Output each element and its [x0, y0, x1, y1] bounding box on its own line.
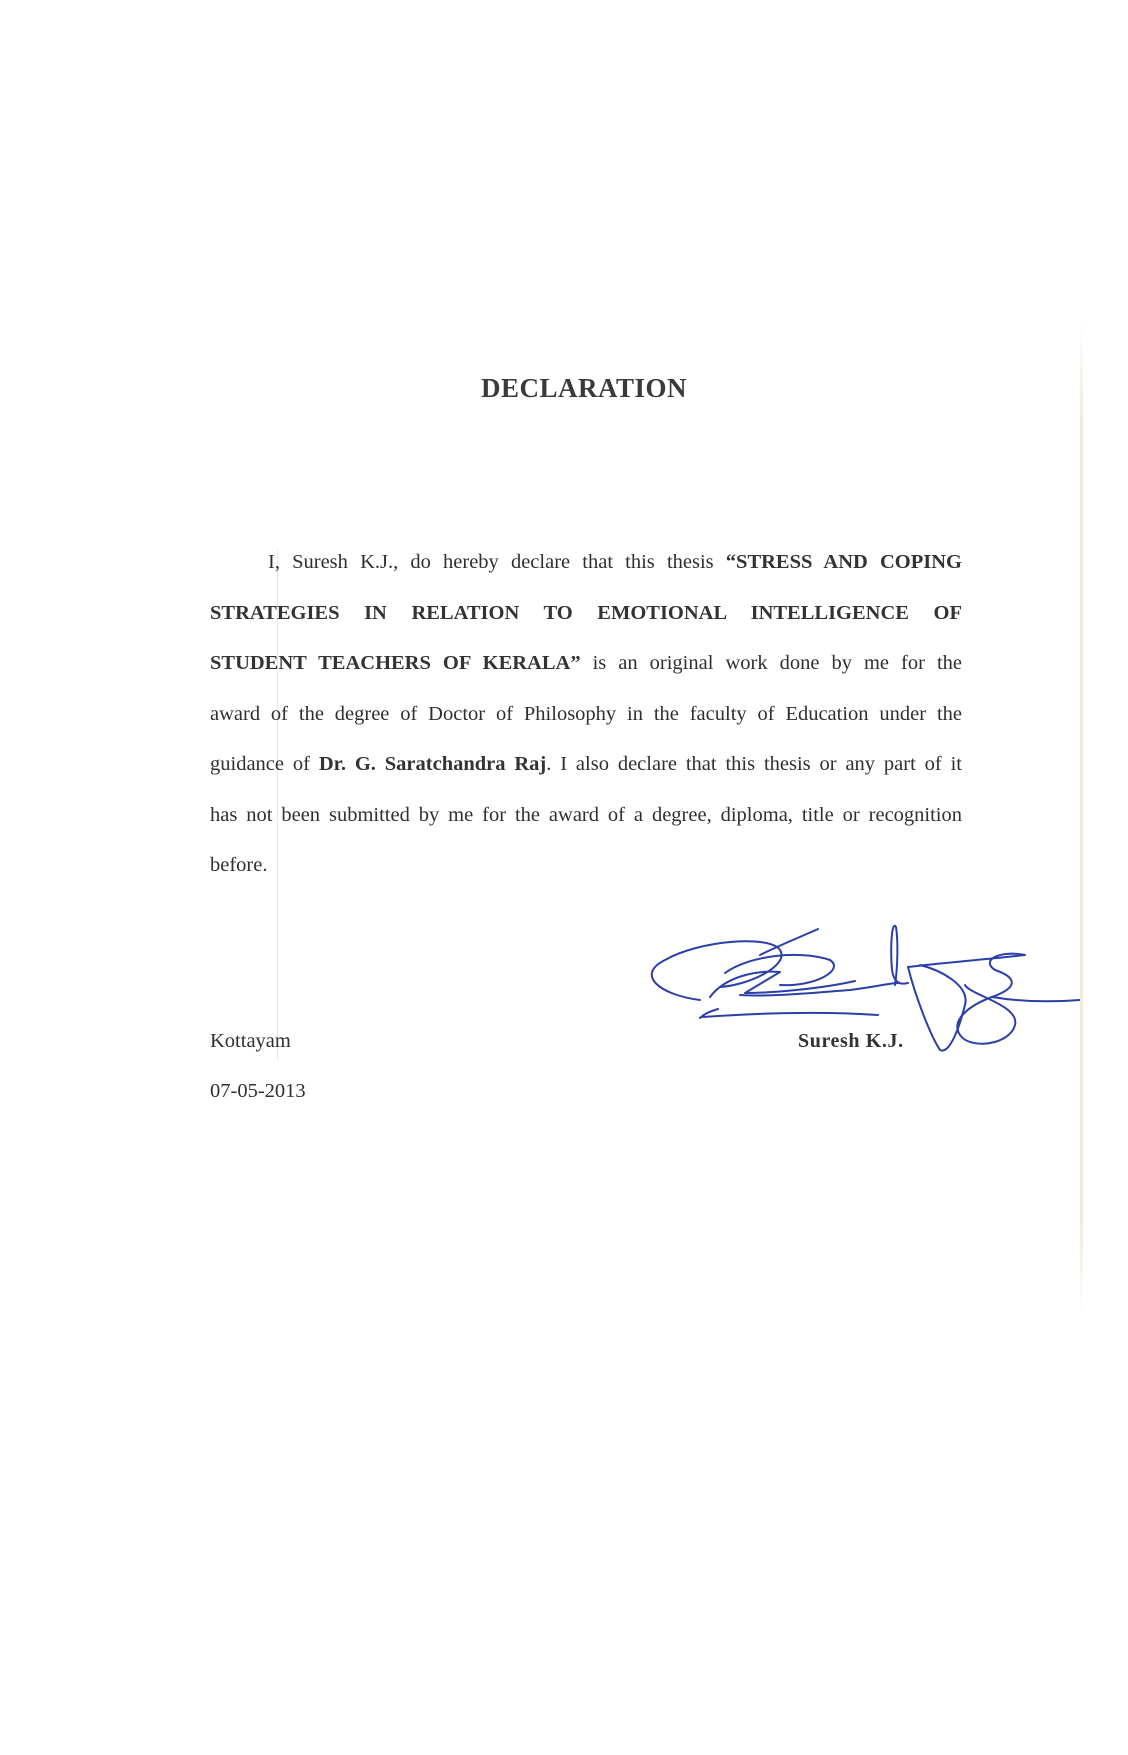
paragraph-line: has not been submitted by me for the awa… — [210, 790, 962, 841]
scan-edge-artifact — [1080, 320, 1083, 1320]
text: is an original work done by me for the — [581, 652, 962, 674]
bold-text: Dr. G. Saratchandra Raj — [319, 753, 546, 775]
paragraph-line: STRATEGIES IN RELATION TO EMOTIONAL INTE… — [210, 588, 962, 639]
bold-text: “STRESS AND COPING — [726, 551, 962, 573]
paragraph-line: I, Suresh K.J., do hereby declare that t… — [210, 537, 962, 588]
paragraph-line: before. — [210, 840, 962, 891]
text: I, Suresh K.J., do hereby declare that t… — [268, 551, 726, 573]
text: award of the degree of Doctor of Philoso… — [210, 703, 962, 725]
paragraph-line: award of the degree of Doctor of Philoso… — [210, 689, 962, 740]
paragraph-line: guidance of Dr. G. Saratchandra Raj. I a… — [210, 739, 962, 790]
text: guidance of — [210, 753, 319, 775]
text: . I also declare that this thesis or any… — [546, 753, 962, 775]
bold-text: STUDENT TEACHERS OF KERALA” — [210, 652, 581, 674]
place-label: Kottayam — [210, 1030, 291, 1053]
page-title: DECLARATION — [0, 373, 1128, 404]
date-label: 07-05-2013 — [210, 1080, 306, 1103]
text: has not been submitted by me for the awa… — [210, 804, 962, 826]
bold-text: STRATEGIES IN RELATION TO EMOTIONAL INTE… — [210, 602, 962, 624]
text: before. — [210, 854, 267, 876]
declaration-paragraph: I, Suresh K.J., do hereby declare that t… — [210, 537, 962, 891]
paragraph-line: STUDENT TEACHERS OF KERALA” is an origin… — [210, 638, 962, 689]
signer-name: Suresh K.J. — [798, 1030, 904, 1053]
